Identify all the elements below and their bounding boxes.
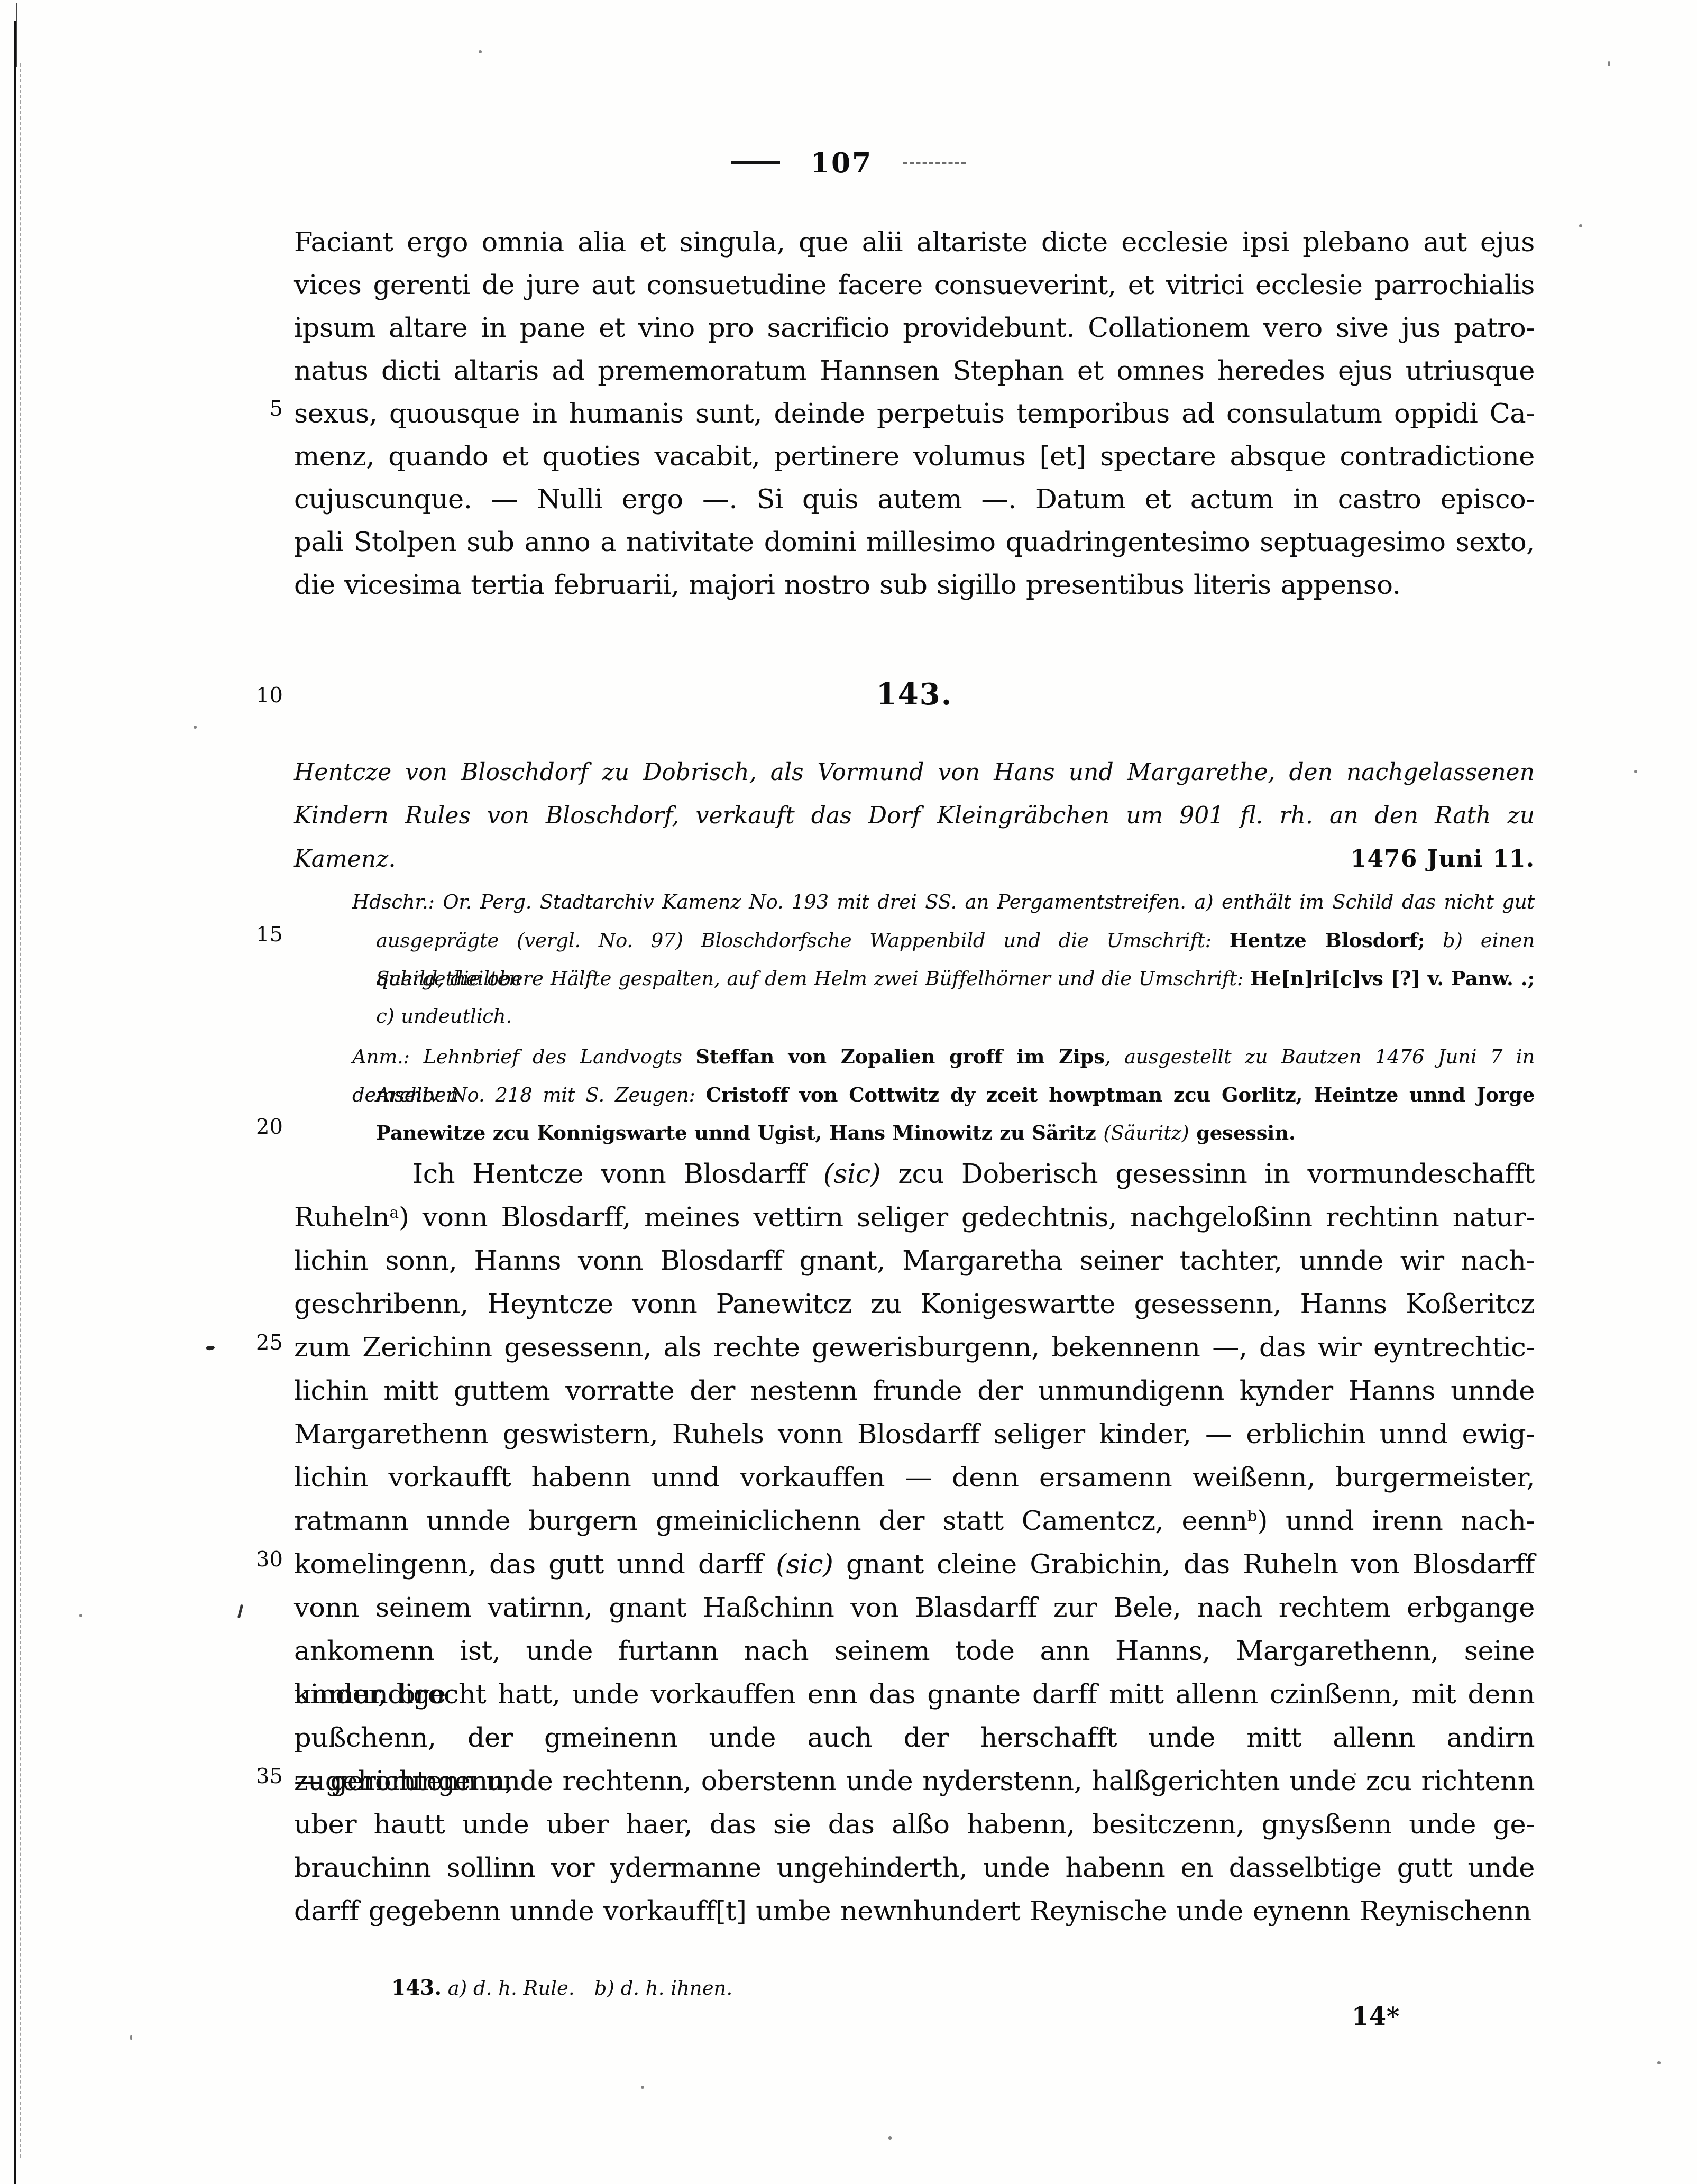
margin-line-number-20: 20 [233, 1115, 283, 1139]
body-line: kinder, brocht hatt, unde vorkauffen enn… [294, 1673, 1535, 1717]
scan-speck [1608, 61, 1610, 66]
summary-line: Kamenz. 1476 Juni 11. [294, 838, 1535, 881]
text-line: sexus, quousque in humanis sunt, deinde … [294, 392, 1535, 435]
apparatus-line: c) undeutlich. [294, 997, 1535, 1035]
body-line: ratmann unnde burgern gmeiniclichenn der… [294, 1500, 1535, 1543]
scan-speck [888, 2136, 892, 2140]
body-line: geschribenn, Heyntcze vonn Panewitcz zu … [294, 1283, 1535, 1326]
text-line: Faciant ergo omnia alia et singula, que … [294, 221, 1535, 264]
text-line: vices gerenti de jure aut consuetudine f… [294, 264, 1535, 307]
scan-speck [130, 2035, 132, 2040]
apparatus-line: Archiv No. 218 mit S. Zeugen: Cristoff v… [294, 1076, 1535, 1114]
margin-line-number-15: 15 [233, 922, 283, 947]
text-line: ipsum altare in pane et vino pro sacrifi… [294, 307, 1535, 350]
body-line: ankomenn ist, unde furtann nach seinem t… [294, 1630, 1535, 1673]
scanned-document-page: 107 5 10 15 20 25 30 35 Faciant ergo omn… [0, 0, 1697, 2184]
body-line: vonn seinem vatirnn, gnant Haßchinn von … [294, 1586, 1535, 1630]
footnote: 143. a) d. h. Rule. b) d. h. ihnen. [391, 1976, 732, 2000]
body-line: darff gegebenn unnde vorkauff[t] umbe ne… [294, 1890, 1535, 1933]
body-line: komelingenn, das gutt unnd darff (sic) g… [294, 1543, 1535, 1586]
scan-speck [641, 2086, 644, 2089]
summary-line: Kindern Rules von Bloschdorf, verkauft d… [294, 794, 1535, 838]
text-line: die vicesima tertia februarii, majori no… [294, 564, 1535, 607]
document-summary: Hentcze von Bloschdorf zu Dobrisch, als … [294, 751, 1535, 881]
scan-artifact-vertical-line [14, 21, 16, 2184]
body-line: lichin mitt guttem vorratte der nestenn … [294, 1370, 1535, 1413]
body-line: Ich Hentcze vonn Blosdarff (sic) zcu Dob… [294, 1153, 1535, 1196]
scan-speck [194, 726, 197, 729]
scan-speck [79, 1614, 82, 1617]
scan-speck [1579, 224, 1582, 227]
apparatus-line: Schild, die obere Hälfte gespalten, auf … [294, 959, 1535, 997]
text-line: pali Stolpen sub anno a nativitate domin… [294, 521, 1535, 564]
body-line: lichin vorkaufft habenn unnd vorkauffen … [294, 1456, 1535, 1500]
apparatus-line: Anm.: Lehnbrief des Landvogts Steffan vo… [294, 1038, 1535, 1076]
text-line: cujuscunque. — Nulli ergo —. Si quis aut… [294, 478, 1535, 521]
body-line: zum Zerichinn gesessenn, als rechte gewe… [294, 1326, 1535, 1370]
charter-body: Ich Hentcze vonn Blosdarff (sic) zcu Dob… [294, 1153, 1535, 1933]
scan-speck [1657, 2061, 1661, 2064]
page-header: 107 [0, 147, 1697, 179]
scan-speck [479, 50, 482, 53]
document-number-heading: 143. [294, 677, 1535, 712]
signature-mark: 14* [1352, 2002, 1400, 2031]
body-line: Margarethenn geswistern, Ruhels vonn Blo… [294, 1413, 1535, 1456]
scan-artifact-tick [237, 1604, 243, 1618]
summary-line: Hentcze von Bloschdorf zu Dobrisch, als … [294, 751, 1535, 794]
scan-artifact-dotted-line [20, 63, 22, 2158]
body-line: lichin sonn, Hanns vonn Blosdarff gnant,… [294, 1240, 1535, 1283]
margin-line-number-5: 5 [233, 397, 283, 421]
header-rule-right [903, 162, 966, 164]
apparatus-line: Panewitze zcu Konnigswarte unnd Ugist, H… [294, 1114, 1535, 1152]
body-line: pußchenn, der gmeinenn unde auch der her… [294, 1717, 1535, 1760]
latin-paragraph: Faciant ergo omnia alia et singula, que … [294, 221, 1535, 607]
scan-speck [1634, 770, 1637, 773]
body-line: brauchinn sollinn vor ydermanne ungehind… [294, 1847, 1535, 1890]
body-line: uber hautt unde uber haer, das sie das a… [294, 1803, 1535, 1847]
apparatus-line: Hdschr.: Or. Perg. Stadtarchiv Kamenz No… [294, 883, 1535, 921]
margin-line-number-10: 10 [233, 683, 283, 708]
text-line: natus dicti altaris ad prememoratum Hann… [294, 350, 1535, 392]
margin-line-number-30: 30 [233, 1547, 283, 1572]
document-date: 1476 Juni 11. [1351, 838, 1535, 881]
body-line: — gerichtenn unde rechtenn, oberstenn un… [294, 1760, 1535, 1803]
page-number: 107 [811, 147, 873, 179]
anm-apparatus: Anm.: Lehnbrief des Landvogts Steffan vo… [294, 1038, 1535, 1152]
apparatus-line: ausgeprägte (vergl. No. 97) Bloschdorfsc… [294, 921, 1535, 959]
margin-line-number-35: 35 [233, 1764, 283, 1788]
hdschr-apparatus: Hdschr.: Or. Perg. Stadtarchiv Kamenz No… [294, 883, 1535, 1035]
header-rule-left [731, 161, 780, 164]
scan-artifact-speck-mark [206, 1345, 215, 1351]
summary-text: Kamenz. [294, 846, 396, 873]
body-line: Ruhelna) vonn Blosdarff, meines vettirn … [294, 1196, 1535, 1240]
margin-line-number-25: 25 [233, 1330, 283, 1355]
text-line: menz, quando et quoties vacabit, pertine… [294, 435, 1535, 478]
scan-artifact-edge-mark [16, 3, 17, 67]
